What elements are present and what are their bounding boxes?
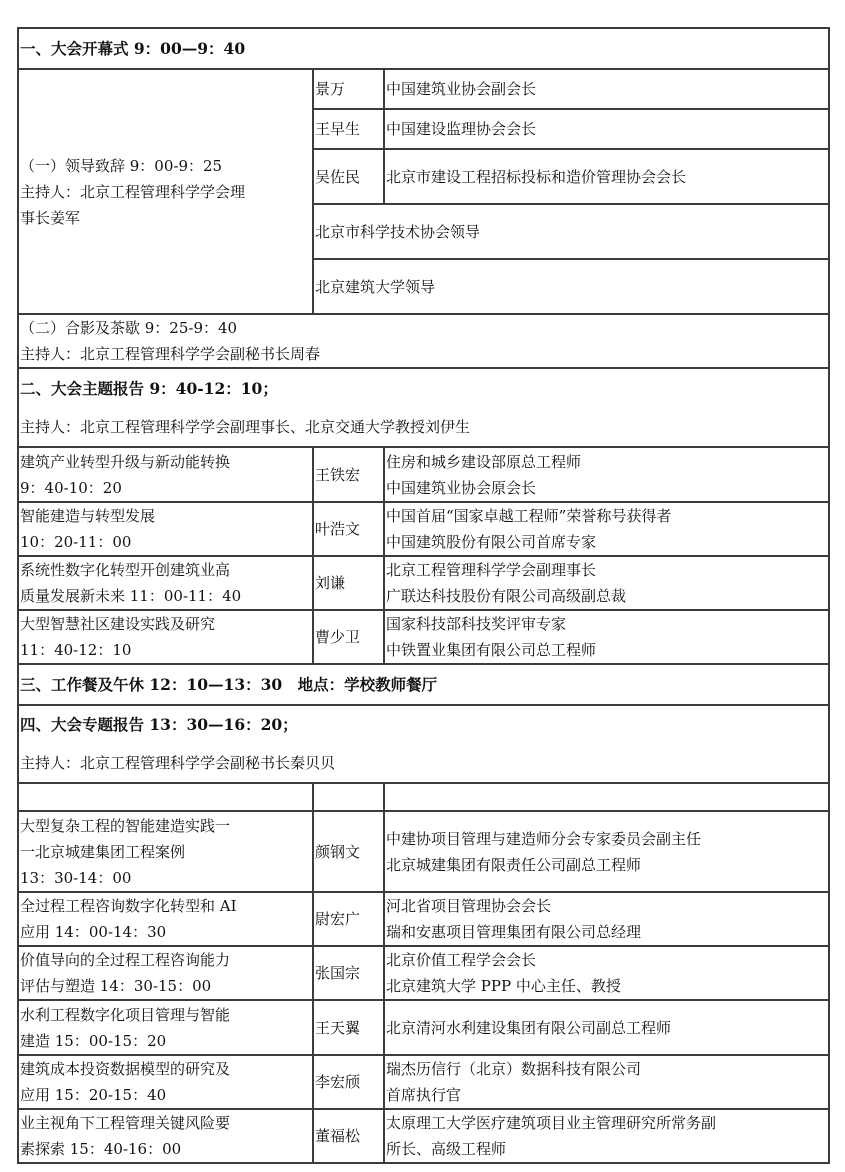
talk-topic: 建筑产业转型升级与新动能转换9：40-10：20 (18, 447, 313, 502)
speaker-title: 瑞杰历信行（北京）数据科技有限公司首席执行官 (384, 1055, 829, 1109)
speaker-title: 中国建筑业协会副会长 (384, 69, 829, 109)
talk-time: 素探索 15：40-16：00 (20, 1136, 312, 1162)
tea-break-cell: （二）合影及茶歇 9：25-9：40 主持人：北京工程管理科学学会副秘书长周春 (18, 314, 829, 368)
agenda-table: 一、大会开幕式 9：00—9：40 （一）领导致辞 9：00-9：25 主持人：… (17, 27, 830, 1164)
tea-break-title: （二）合影及茶歇 9：25-9：40 (20, 315, 828, 341)
table-row: （二）合影及茶歇 9：25-9：40 主持人：北京工程管理科学学会副秘书长周春 (18, 314, 829, 368)
guest-leader: 北京建筑大学领导 (313, 259, 829, 314)
talk-row: 价值导向的全过程工程咨询能力评估与塑造 14：30-15：00 张国宗 北京价值… (18, 946, 829, 1000)
talk-time: 9：40-10：20 (20, 475, 312, 501)
speaker-title-line: 住房和城乡建设部原总工程师 (386, 449, 828, 475)
talk-row: 全过程工程咨询数字化转型和 AI应用 14：00-14：30 尉宏广 河北省项目… (18, 892, 829, 946)
talk-time: 评估与塑造 14：30-15：00 (20, 973, 312, 999)
speaker-title: 河北省项目管理协会会长瑞和安惠项目管理集团有限公司总经理 (384, 892, 829, 946)
section-heading-row: 二、大会主题报告 9：40-12：10； 主持人：北京工程管理科学学会副理事长、… (18, 368, 829, 447)
speaker-title-line: 中铁置业集团有限公司总工程师 (386, 637, 828, 663)
speaker-name: 张国宗 (313, 946, 384, 1000)
speaker-name: 王早生 (313, 109, 384, 149)
talk-topic-line: 一北京城建集团工程案例 (20, 839, 312, 865)
talk-topic: 大型智慧社区建设实践及研究11：40-12：10 (18, 610, 313, 664)
speaker-name: 尉宏广 (313, 892, 384, 946)
talk-topic: 系统性数字化转型开创建筑业高质量发展新未来 11：00-11：40 (18, 556, 313, 610)
speaker-title: 中建协项目管理与建造师分会专家委员会副主任北京城建集团有限责任公司副总工程师 (384, 811, 829, 892)
speaker-name: 吴佐民 (313, 149, 384, 204)
talk-time: 质量发展新未来 11：00-11：40 (20, 583, 312, 609)
speaker-title: 中国建设监理协会会长 (384, 109, 829, 149)
speaker-name: 颜钢文 (313, 811, 384, 892)
speaker-name: 王天翼 (313, 1000, 384, 1055)
speaker-title-line: 北京工程管理科学学会副理事长 (386, 557, 828, 583)
talk-time: 11：40-12：10 (20, 637, 312, 663)
talk-time: 应用 15：20-15：40 (20, 1082, 312, 1108)
empty-cell (18, 783, 313, 811)
talk-topic-line: 业主视角下工程管理关键风险要 (20, 1110, 312, 1136)
speaker-title: 北京价值工程学会会长北京建筑大学 PPP 中心主任、教授 (384, 946, 829, 1000)
speaker-title: 国家科技部科技奖评审专家中铁置业集团有限公司总工程师 (384, 610, 829, 664)
speaker-title-line: 中国建筑业协会原会长 (386, 475, 828, 501)
speaker-title-line: 国家科技部科技奖评审专家 (386, 611, 828, 637)
section-heading-row: 一、大会开幕式 9：00—9：40 (18, 28, 829, 69)
talk-topic-line: 价值导向的全过程工程咨询能力 (20, 947, 312, 973)
opening-speech-cell: （一）领导致辞 9：00-9：25 主持人：北京工程管理科学学会理 事长姜军 (18, 69, 313, 314)
opening-speech-host-cont: 事长姜军 (20, 205, 312, 231)
empty-cell (313, 783, 384, 811)
speaker-title-line: 瑞和安惠项目管理集团有限公司总经理 (386, 919, 828, 945)
speaker-title-line: 北京建筑大学 PPP 中心主任、教授 (386, 973, 828, 999)
talk-topic-line: 全过程工程咨询数字化转型和 AI (20, 893, 312, 919)
section-heading-row: 四、大会专题报告 13：30—16：20； 主持人：北京工程管理科学学会副秘书长… (18, 705, 829, 783)
speaker-name: 刘谦 (313, 556, 384, 610)
speaker-name: 董福松 (313, 1109, 384, 1163)
talk-row: 智能建造与转型发展10：20-11：00 叶浩文 中国首届“国家卓越工程师”荣誉… (18, 502, 829, 556)
speaker-title-line: 中建协项目管理与建造师分会专家委员会副主任 (386, 826, 828, 852)
speaker-title-line: 太原理工大学医疗建筑项目业主管理研究所常务副 (386, 1110, 828, 1136)
empty-cell (384, 783, 829, 811)
speaker-title: 北京工程管理科学学会副理事长广联达科技股份有限公司高级副总裁 (384, 556, 829, 610)
talk-topic-line: 智能建造与转型发展 (20, 503, 312, 529)
talk-time: 建造 15：00-15：20 (20, 1028, 312, 1054)
talk-row: 系统性数字化转型开创建筑业高质量发展新未来 11：00-11：40 刘谦 北京工… (18, 556, 829, 610)
talk-topic: 水利工程数字化项目管理与智能建造 15：00-15：20 (18, 1000, 313, 1055)
speaker-title-line: 河北省项目管理协会会长 (386, 893, 828, 919)
opening-speech-host: 主持人：北京工程管理科学学会理 (20, 179, 312, 205)
talk-topic-line: 建筑产业转型升级与新动能转换 (20, 449, 312, 475)
speaker-title-line: 广联达科技股份有限公司高级副总裁 (386, 583, 828, 609)
talk-topic: 大型复杂工程的智能建造实践一一北京城建集团工程案例13：30-14：00 (18, 811, 313, 892)
speaker-name: 叶浩文 (313, 502, 384, 556)
speaker-name: 曹少卫 (313, 610, 384, 664)
talk-row: 建筑产业转型升级与新动能转换9：40-10：20 王铁宏 住房和城乡建设部原总工… (18, 447, 829, 502)
section-3-heading: 三、工作餐及午休 12：10—13：30 地点：学校教师餐厅 (18, 664, 829, 705)
talk-topic: 全过程工程咨询数字化转型和 AI应用 14：00-14：30 (18, 892, 313, 946)
section-4-host: 主持人：北京工程管理科学学会副秘书长秦贝贝 (20, 744, 828, 782)
talk-time: 13：30-14：00 (20, 865, 312, 891)
speaker-title-line: 中国建筑股份有限公司首席专家 (386, 529, 828, 555)
empty-row (18, 783, 829, 811)
talk-topic-line: 水利工程数字化项目管理与智能 (20, 1002, 312, 1028)
section-1-heading: 一、大会开幕式 9：00—9：40 (18, 28, 829, 69)
talk-row: 大型智慧社区建设实践及研究11：40-12：10 曹少卫 国家科技部科技奖评审专… (18, 610, 829, 664)
speaker-title-line: 北京城建集团有限责任公司副总工程师 (386, 852, 828, 878)
talk-topic: 价值导向的全过程工程咨询能力评估与塑造 14：30-15：00 (18, 946, 313, 1000)
section-4-heading-cell: 四、大会专题报告 13：30—16：20； 主持人：北京工程管理科学学会副秘书长… (18, 705, 829, 783)
section-2-heading-cell: 二、大会主题报告 9：40-12：10； 主持人：北京工程管理科学学会副理事长、… (18, 368, 829, 447)
talk-row: 建筑成本投资数据模型的研究及应用 15：20-15：40 李宏颀 瑞杰历信行（北… (18, 1055, 829, 1109)
speaker-title-line: 首席执行官 (386, 1082, 828, 1108)
talk-row: 水利工程数字化项目管理与智能建造 15：00-15：20 王天翼 北京清河水利建… (18, 1000, 829, 1055)
talk-row: 大型复杂工程的智能建造实践一一北京城建集团工程案例13：30-14：00 颜钢文… (18, 811, 829, 892)
talk-time: 10：20-11：00 (20, 529, 312, 555)
talk-topic: 建筑成本投资数据模型的研究及应用 15：20-15：40 (18, 1055, 313, 1109)
section-2-heading: 二、大会主题报告 9：40-12：10； (20, 370, 828, 408)
tea-break-host: 主持人：北京工程管理科学学会副秘书长周春 (20, 341, 828, 367)
speaker-title-line: 北京价值工程学会会长 (386, 947, 828, 973)
talk-row: 业主视角下工程管理关键风险要素探索 15：40-16：00 董福松 太原理工大学… (18, 1109, 829, 1163)
speaker-title: 北京清河水利建设集团有限公司副总工程师 (384, 1000, 829, 1055)
talk-topic-line: 大型复杂工程的智能建造实践一 (20, 813, 312, 839)
section-heading-row: 三、工作餐及午休 12：10—13：30 地点：学校教师餐厅 (18, 664, 829, 705)
talk-topic: 智能建造与转型发展10：20-11：00 (18, 502, 313, 556)
speaker-name: 王铁宏 (313, 447, 384, 502)
speaker-title-line: 瑞杰历信行（北京）数据科技有限公司 (386, 1056, 828, 1082)
speaker-title: 太原理工大学医疗建筑项目业主管理研究所常务副所长、高级工程师 (384, 1109, 829, 1163)
section-2-host: 主持人：北京工程管理科学学会副理事长、北京交通大学教授刘伊生 (20, 408, 828, 446)
opening-speech-title: （一）领导致辞 9：00-9：25 (20, 153, 312, 179)
speaker-title-line: 所长、高级工程师 (386, 1136, 828, 1162)
table-row: （一）领导致辞 9：00-9：25 主持人：北京工程管理科学学会理 事长姜军 景… (18, 69, 829, 109)
guest-leader: 北京市科学技术协会领导 (313, 204, 829, 259)
talk-topic-line: 大型智慧社区建设实践及研究 (20, 611, 312, 637)
speaker-name: 李宏颀 (313, 1055, 384, 1109)
section-4-heading: 四、大会专题报告 13：30—16：20； (20, 706, 828, 744)
speaker-title: 北京市建设工程招标投标和造价管理协会会长 (384, 149, 829, 204)
talk-topic-line: 系统性数字化转型开创建筑业高 (20, 557, 312, 583)
speaker-title: 中国首届“国家卓越工程师”荣誉称号获得者中国建筑股份有限公司首席专家 (384, 502, 829, 556)
speaker-title: 住房和城乡建设部原总工程师中国建筑业协会原会长 (384, 447, 829, 502)
speaker-title-line: 中国首届“国家卓越工程师”荣誉称号获得者 (386, 503, 828, 529)
talk-topic: 业主视角下工程管理关键风险要素探索 15：40-16：00 (18, 1109, 313, 1163)
talk-topic-line: 建筑成本投资数据模型的研究及 (20, 1056, 312, 1082)
talk-time: 应用 14：00-14：30 (20, 919, 312, 945)
speaker-name: 景万 (313, 69, 384, 109)
